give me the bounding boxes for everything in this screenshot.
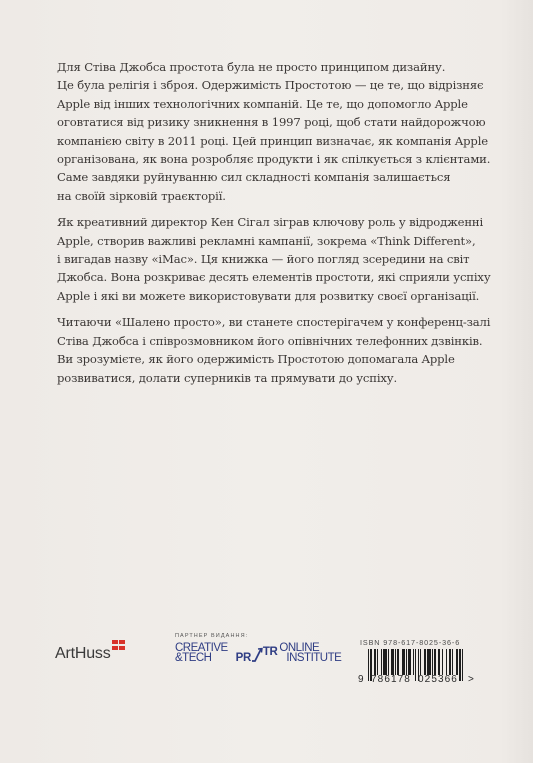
text-line: розвиватися, долати суперників та прямув… bbox=[57, 369, 497, 387]
text-line: Це була релігія і зброя. Одержимість Про… bbox=[57, 76, 497, 94]
description-paragraph-3: Читаючи «Шалено просто», ви станете спос… bbox=[57, 313, 497, 387]
prjtr-logo: PR TR bbox=[236, 647, 278, 663]
publisher-name: ArtHuss bbox=[55, 646, 111, 662]
text-line: і вигадав назву «iMac». Ця книжка — його… bbox=[57, 250, 497, 268]
logo-text: TR bbox=[263, 647, 278, 657]
publication-partner: Партнер видання: CREATIVE &TECH PR TR ON… bbox=[175, 633, 341, 663]
barcode-digit-first: 9 bbox=[358, 674, 365, 685]
isbn-barcode-block: ISBN 978-617-8025-36-6 bbox=[358, 638, 508, 674]
book-back-cover: Для Стіва Джобса простота була не просто… bbox=[0, 0, 533, 763]
description-paragraph-2: Як креативний директор Кен Сігал зіграв … bbox=[57, 213, 497, 305]
quiet-zone-marker: > bbox=[468, 674, 475, 685]
text-line: Стіва Джобса і співрозмовником його опів… bbox=[57, 332, 497, 350]
publisher-logo: ArtHuss bbox=[55, 640, 125, 662]
logo-text: INSTITUTE bbox=[286, 654, 341, 664]
text-line: на своїй зірковій траєкторії. bbox=[57, 187, 497, 205]
text-line: Як креативний директор Кен Сігал зіграв … bbox=[57, 213, 497, 231]
text-line: оговтатися від ризику зникнення в 1997 р… bbox=[57, 113, 497, 131]
text-line: Apple і які ви можете використовувати дл… bbox=[57, 287, 497, 305]
text-line: компанією світу в 2011 році. Цей принцип… bbox=[57, 132, 497, 150]
text-line: Apple, створив важливі рекламні кампанії… bbox=[57, 232, 497, 250]
text-line: Джобса. Вона розкриває десять елементів … bbox=[57, 268, 497, 286]
publisher-mark-icon bbox=[112, 640, 126, 650]
creative-tech-logo: CREATIVE &TECH bbox=[175, 644, 228, 663]
text-line: організована, як вона розробляє продукти… bbox=[57, 150, 497, 168]
partner-logos: CREATIVE &TECH PR TR ONLINE INSTITUTE bbox=[175, 644, 341, 663]
text-line: Ви зрозумієте, як його одержимість Прост… bbox=[57, 350, 497, 368]
partner-label: Партнер видання: bbox=[175, 633, 341, 639]
online-institute-logo: ONLINE INSTITUTE bbox=[279, 644, 341, 663]
text-line: Читаючи «Шалено просто», ви станете спос… bbox=[57, 313, 497, 331]
text-line: Для Стіва Джобса простота була не просто… bbox=[57, 58, 497, 76]
text-line: Apple від інших технологічних компаній. … bbox=[57, 95, 497, 113]
description-paragraph-1: Для Стіва Джобса простота була не просто… bbox=[57, 58, 497, 205]
logo-text: &TECH bbox=[175, 654, 228, 664]
barcode-digits-left: 786178 bbox=[371, 674, 411, 685]
barcode-digits-right: 025366 bbox=[418, 674, 458, 685]
cover-description: Для Стіва Джобса простота була не просто… bbox=[57, 58, 497, 395]
text-line: Саме завдяки руйнуванню сил складності к… bbox=[57, 168, 497, 186]
logo-text: PR bbox=[236, 653, 251, 663]
prjtr-arrow-icon bbox=[251, 647, 263, 663]
isbn-label: ISBN 978-617-8025-36-6 bbox=[360, 638, 508, 647]
